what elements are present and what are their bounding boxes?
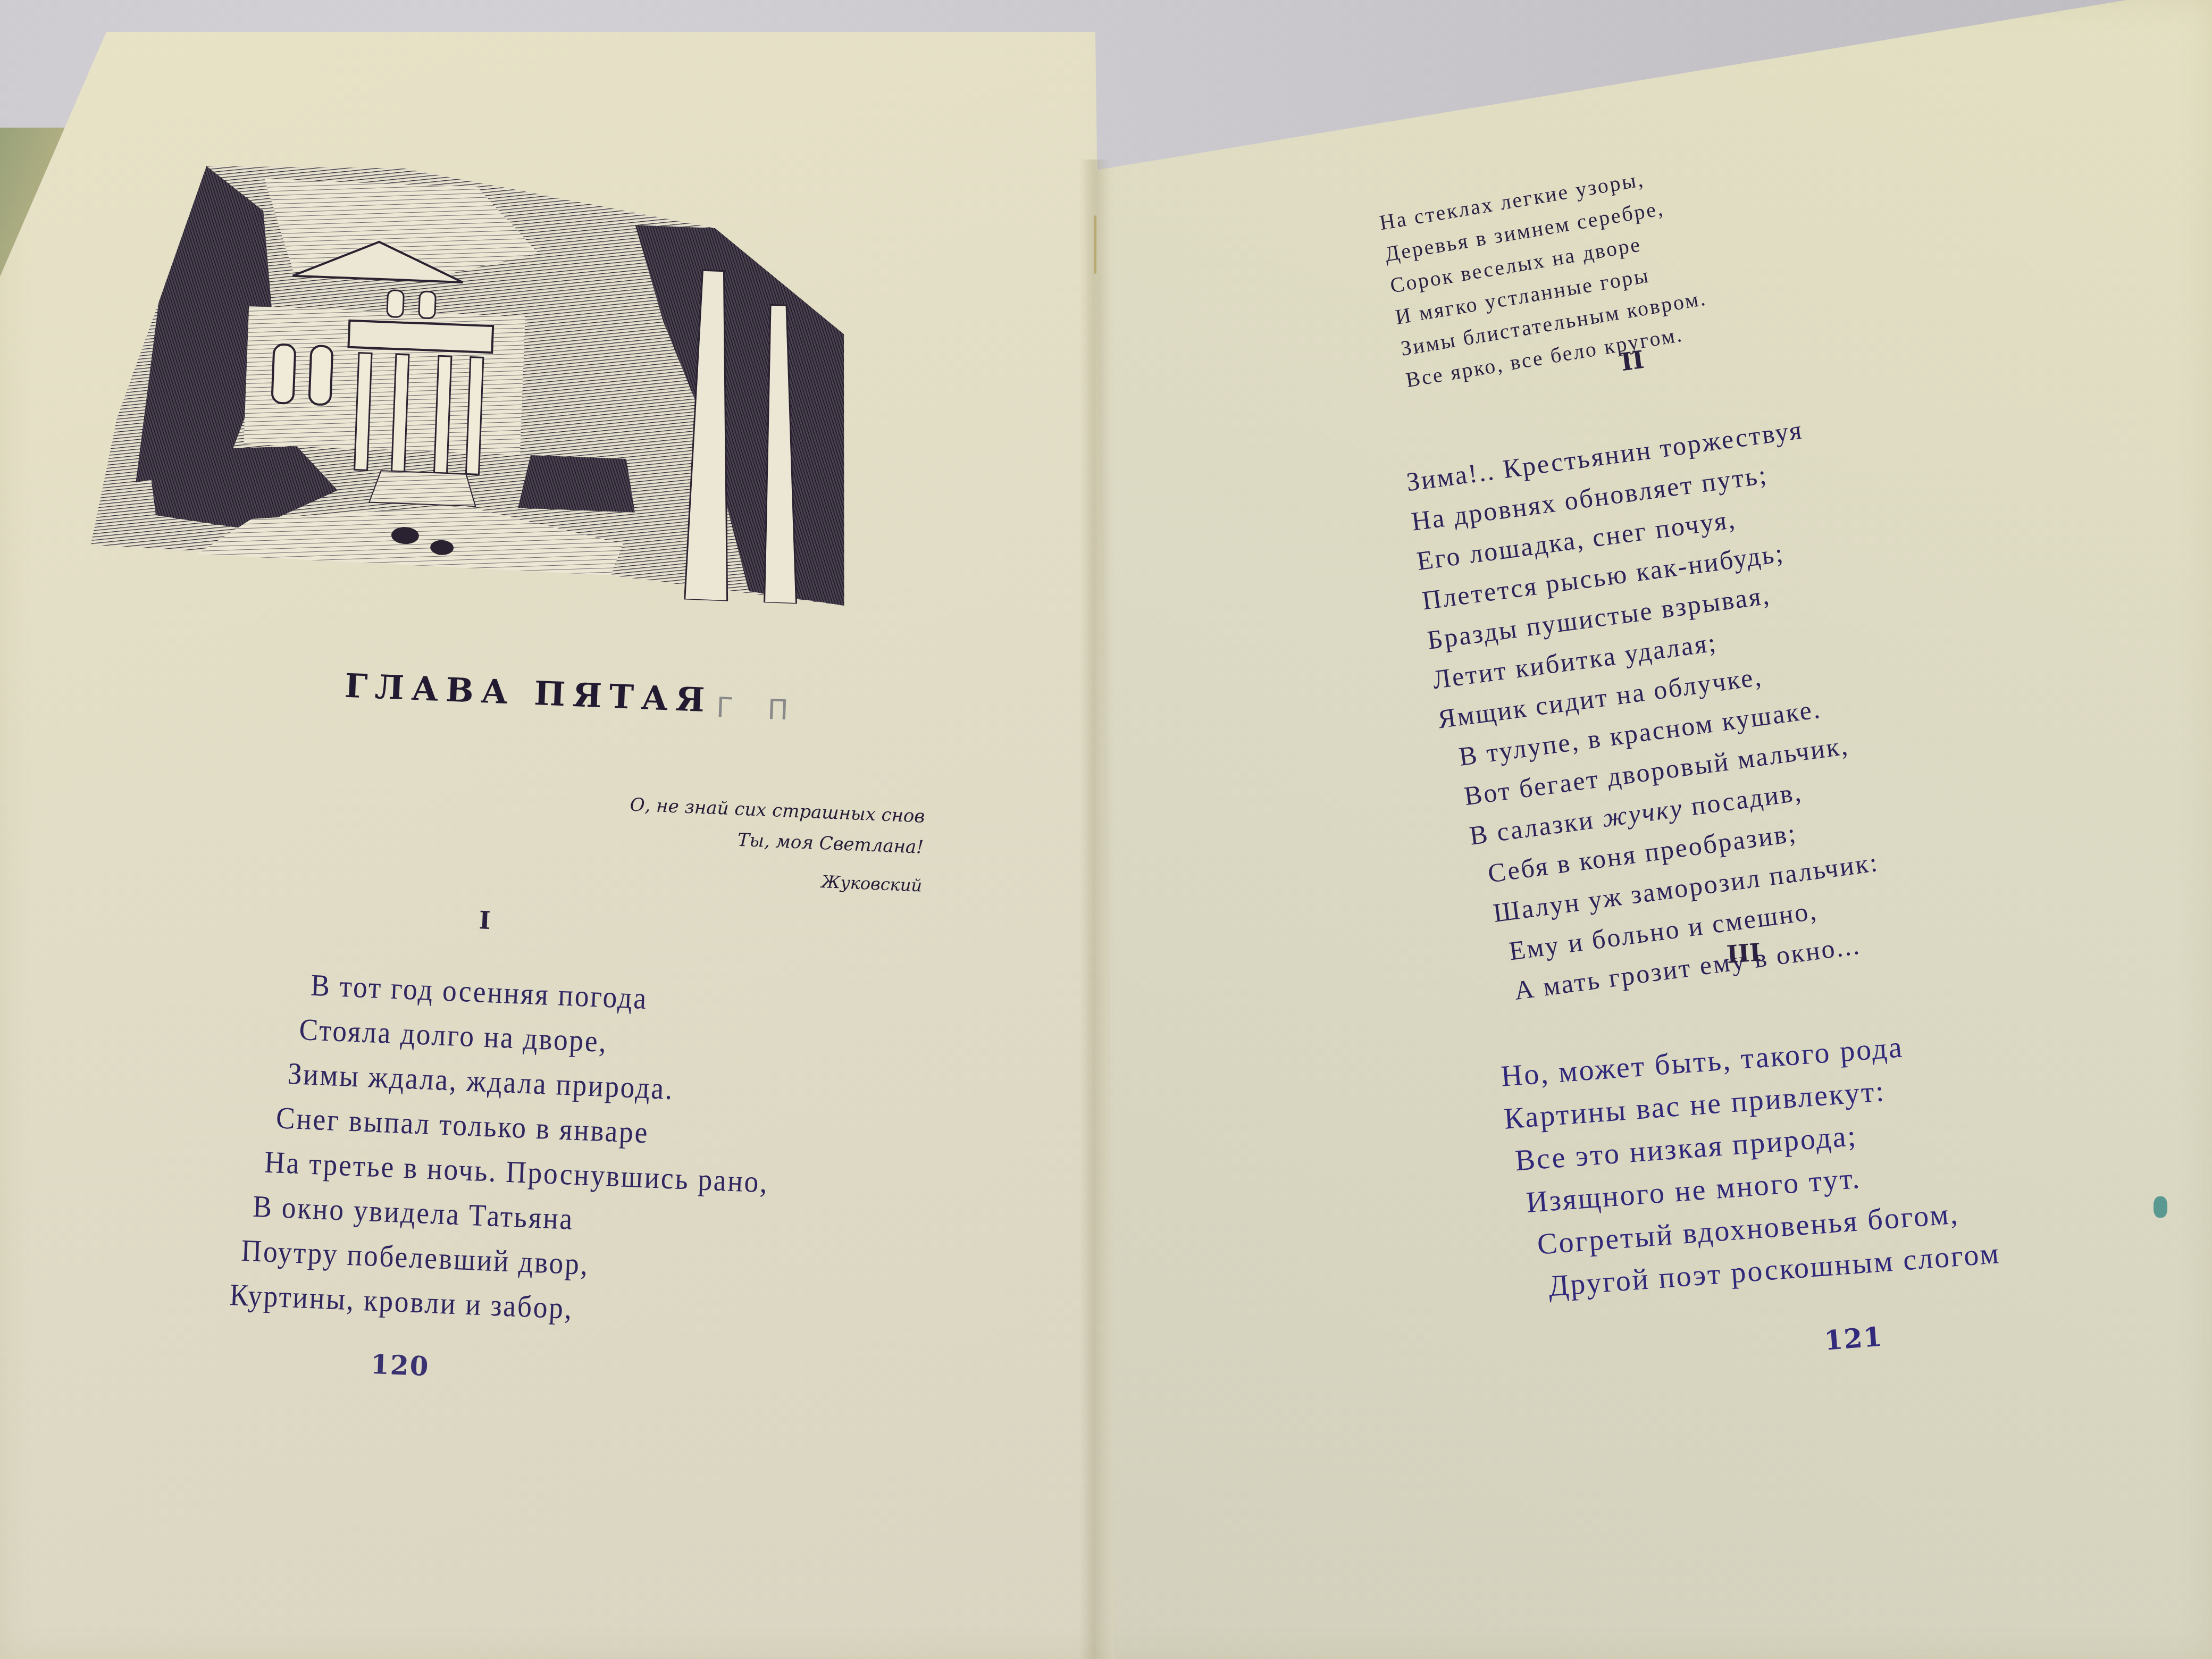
stanza-number-ii: II — [1619, 345, 1646, 376]
stanza-i-verse: В тот год осенняя погода Стояла долго на… — [229, 960, 776, 1339]
engraving-svg — [90, 141, 957, 609]
page-number-left: 120 — [370, 1348, 430, 1382]
book-gutter — [1079, 160, 1111, 1659]
open-book: ГЛАВА ПЯТАЯ Г П О, не знай сих страшных … — [0, 0, 2212, 1659]
stanza-iii-verse: Но, может быть, такого рода Картины вас … — [1499, 1020, 2001, 1310]
stanza-ii-verse: Зима!.. Крестьянин торжествуя На дровнях… — [1404, 407, 1892, 1016]
stanza-number-iii: III — [1725, 938, 1762, 969]
verse-italic-word: жучку — [1601, 792, 1685, 833]
pencil-annotation: Г П — [716, 692, 802, 727]
ink-stain-mark — [2154, 1196, 2167, 1218]
stanza-number-i: I — [479, 906, 491, 935]
photo-scene: ГЛАВА ПЯТАЯ Г П О, не знай сих страшных … — [0, 0, 2212, 1659]
page-number-right: 121 — [1823, 1321, 1884, 1356]
gutter-tear-mark — [1094, 215, 1096, 274]
engraving-manor-house-icon — [90, 141, 957, 609]
right-page-stanza-iii: III Но, может быть, такого рода Картины … — [1499, 1020, 2001, 1310]
right-page-stanza-ii: II Зима!.. Крестьянин торжествуя На дров… — [1404, 407, 1892, 1016]
